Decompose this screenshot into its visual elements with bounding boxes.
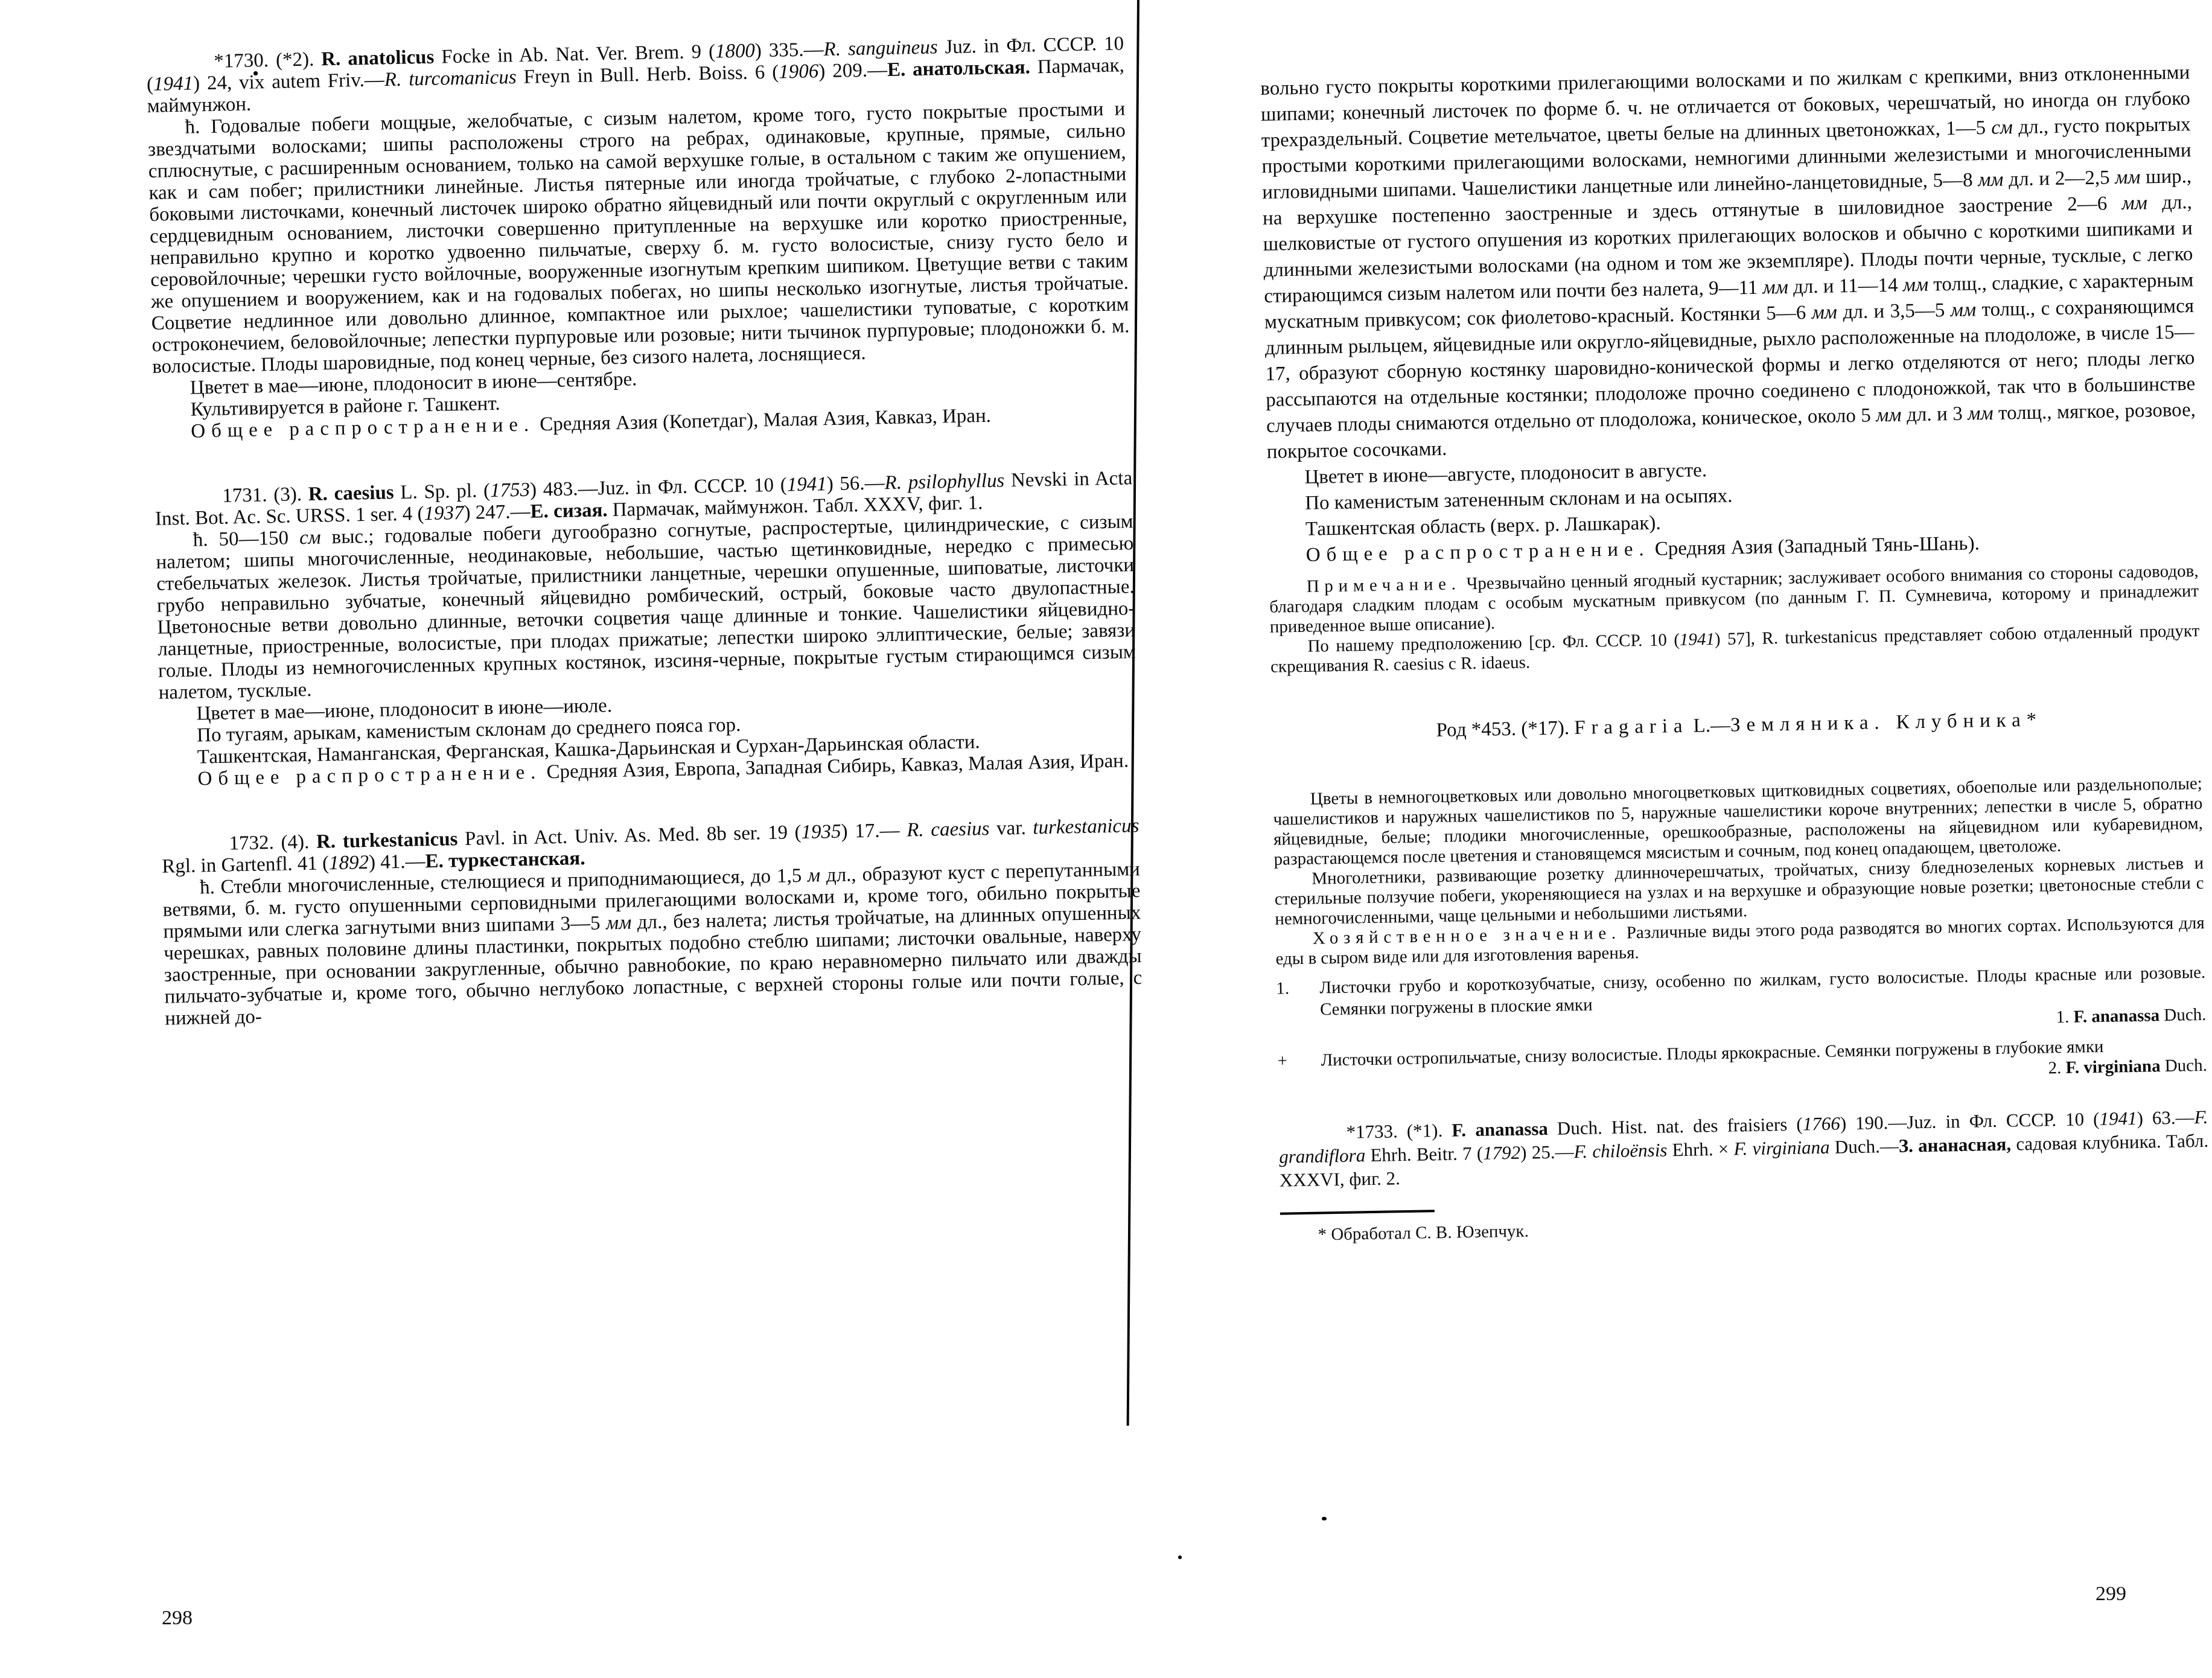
text-run: L.— [1688,715,1730,737]
text-run: *1730. (*2). [214,48,322,72]
paragraph: ħ. Годовалые побеги мощные, желобчатые, … [147,98,1130,378]
paragraph: ħ. 50—150 см выс.; годовалые побеги дуго… [155,511,1136,704]
text-run: Цветы в немногоцветковых или довольно мн… [1273,774,2203,869]
text-run: мм [1762,276,1788,299]
text-run: 1766 [1802,1113,1840,1135]
text-run: R. turcomanicus [384,66,517,91]
scan-speck [1178,1555,1182,1559]
footnote-rule [1280,1210,1435,1214]
text-run: Duch. [2160,1056,2207,1076]
text-run: 1941 [2099,1108,2137,1129]
text-run: R. caesius [308,482,394,505]
text-run: R. caesius [907,818,990,841]
text-run: Цветет в июне—августе, плодоносит в авгу… [1304,459,1707,488]
text-run: Pavl. in Act. Univ. As. Med. 8b ser. 19 … [457,821,802,850]
scan-speck [1322,1517,1327,1520]
text-run: turkestanicus [1033,815,1139,838]
page-number-right: 299 [2096,1583,2126,1606]
text-run: Ehrh. × [1667,1138,1734,1161]
key-item-number: 1. [1276,977,1321,1042]
right-page: вольно густо покрыты короткими прилегающ… [1260,60,2210,1246]
text-run: Е. анатольская. [887,56,1031,81]
text-run: По каменистым затененным склонам и на ос… [1305,485,1733,514]
text-run: мм [1903,274,1929,296]
text-run: F. virginiana [2065,1056,2160,1077]
key-item-number: + [1277,1049,1321,1092]
text-run: Freyn in Bull. Herb. Boiss. 6 ( [516,62,779,88]
text-run: F. ananassa [2073,1006,2159,1026]
text-run: см [299,526,321,549]
text-run: Средняя Азия (Западный Тянь-Шань). [1649,532,1980,560]
text-run: ) 335.— [755,39,824,62]
left-page: *1730. (*2). R. anatolicus Focke in Ab. … [146,33,1143,1029]
text-run: Fragaria [1574,715,1689,739]
text-run: ) 209.— [818,59,887,82]
text-run: 1906 [779,60,819,83]
text-run: вольно густо покрыты короткими прилегающ… [1260,62,2190,152]
text-run: Е. туркестанская. [425,847,585,872]
text-run: L. Sp. pl. ( [394,480,490,503]
key-item: 1.Листочки грубо и короткозубчатые, сниз… [1276,962,2207,1042]
text-run: *1733. (*1). [1346,1120,1452,1143]
text-run: 1. [2056,1007,2074,1027]
text-run: Общее распространение. [1306,538,1650,566]
text-run: 1800 [715,40,756,62]
text-run: Ehrh. Beitr. 7 ( [1365,1143,1484,1166]
text-run: дл. и 3 [1901,403,1968,426]
paragraph: * Обработал С. В. Юзепчук. [1280,1210,2210,1246]
text-run: ) 25.— [1520,1141,1574,1163]
text-run: мм [2121,192,2147,214]
key-item: +Листочки остропильчатые, снизу волосист… [1277,1034,2207,1093]
key-item-text: Листочки остропильчатые, снизу волосисты… [1321,1034,2207,1092]
text-run: дл. и 11—14 [1788,274,1904,298]
text-run: 1941 [1680,630,1715,649]
text-run: 2. [2048,1058,2066,1078]
text-run: var. [989,817,1033,840]
text-run: 1732. (4). [229,831,316,855]
text-run: ) 63.— [2137,1106,2194,1129]
text-run: F. chiloënsis [1573,1140,1668,1163]
text-run: м [808,864,821,886]
text-run: мм [1812,301,1838,324]
text-run: 1941 [153,72,194,95]
text-run: * Обработал С. В. Юзепчук. [1318,1222,1529,1245]
text-run: F. ananassa [1452,1118,1548,1141]
text-run: F. virginiana [1733,1137,1830,1160]
paragraph: ħ. Стебли многочисленные, стелющиеся и п… [162,858,1143,1030]
paragraph: Род *453. (*17). Fragaria L.—Земляника. … [1272,704,2202,747]
text-run: Земляника. Клубника [1730,709,2027,736]
text-run: 1792 [1483,1142,1521,1164]
text-run: R. anatolicus [321,46,435,71]
text-run: Род *453. (*17). [1436,717,1574,741]
text-run: ) 41.— [369,850,426,873]
paragraph: *1733. (*1). F. ananassa Duch. Hist. nat… [1278,1105,2209,1192]
text-run: 1937 [424,502,464,525]
left-page-text: *1730. (*2). R. anatolicus Focke in Ab. … [146,33,1143,1029]
text-run: R. sanguineus [823,36,938,60]
text-run: Duch. [2159,1005,2207,1025]
text-run: Примечание. [1306,574,1461,596]
page-number-left: 298 [162,1607,193,1630]
text-run: ) 17.— [841,820,907,843]
text-run: Rgl. in Gartenfl. 41 ( [162,852,329,877]
text-run: 1941 [786,473,827,496]
text-run: мм [1951,299,1977,321]
right-page-text: вольно густо покрыты короткими прилегающ… [1260,60,2210,1246]
scan-speck [253,71,258,75]
text-run: Duch.— [1829,1135,1899,1158]
scan-speck [422,128,426,131]
text-run: ) 56.— [826,472,885,495]
paragraph: вольно густо покрыты короткими прилегающ… [1260,60,2196,465]
text-run: ) 247.— [464,501,531,524]
text-run: R. psilophyllus [884,470,1004,494]
text-run: мм [2115,167,2141,189]
text-run: ħ. 50—150 [193,527,299,550]
text-run: З. ананасная, [1898,1134,2011,1156]
text-run: 1753 [490,479,531,502]
text-run: дл. и 3,5—5 [1837,299,1951,323]
text-run: R. turkestanicus [316,828,458,853]
text-run: Ташкентская область (верх. р. Лашкарак). [1305,512,1661,540]
text-run: мм [606,912,632,934]
text-run: мм [1978,169,2004,191]
text-run: * [2026,709,2036,731]
text-run: мм [1968,403,1994,425]
text-run: ħ. Годовалые побеги мощные, желобчатые, … [148,98,1130,378]
key-item-text: Листочки грубо и короткозубчатые, снизу,… [1319,962,2207,1041]
text-run: 1731. (3). [222,483,308,507]
text-run: 1892 [329,852,369,874]
text-run: Е. сизая. [530,499,608,522]
text-run: ) 24, vix autem Friv.— [193,69,385,94]
text-run: 1935 [801,821,841,843]
text-run: Duch. Hist. nat. des fraisiers ( [1548,1114,1803,1139]
text-run: мм [1876,404,1902,427]
text-run: дл. и 2—2,5 [2003,167,2115,190]
text-run: ) 190.—Juz. in Фл. СССР. 10 ( [1840,1108,2099,1134]
text-run: см [1991,116,2013,139]
